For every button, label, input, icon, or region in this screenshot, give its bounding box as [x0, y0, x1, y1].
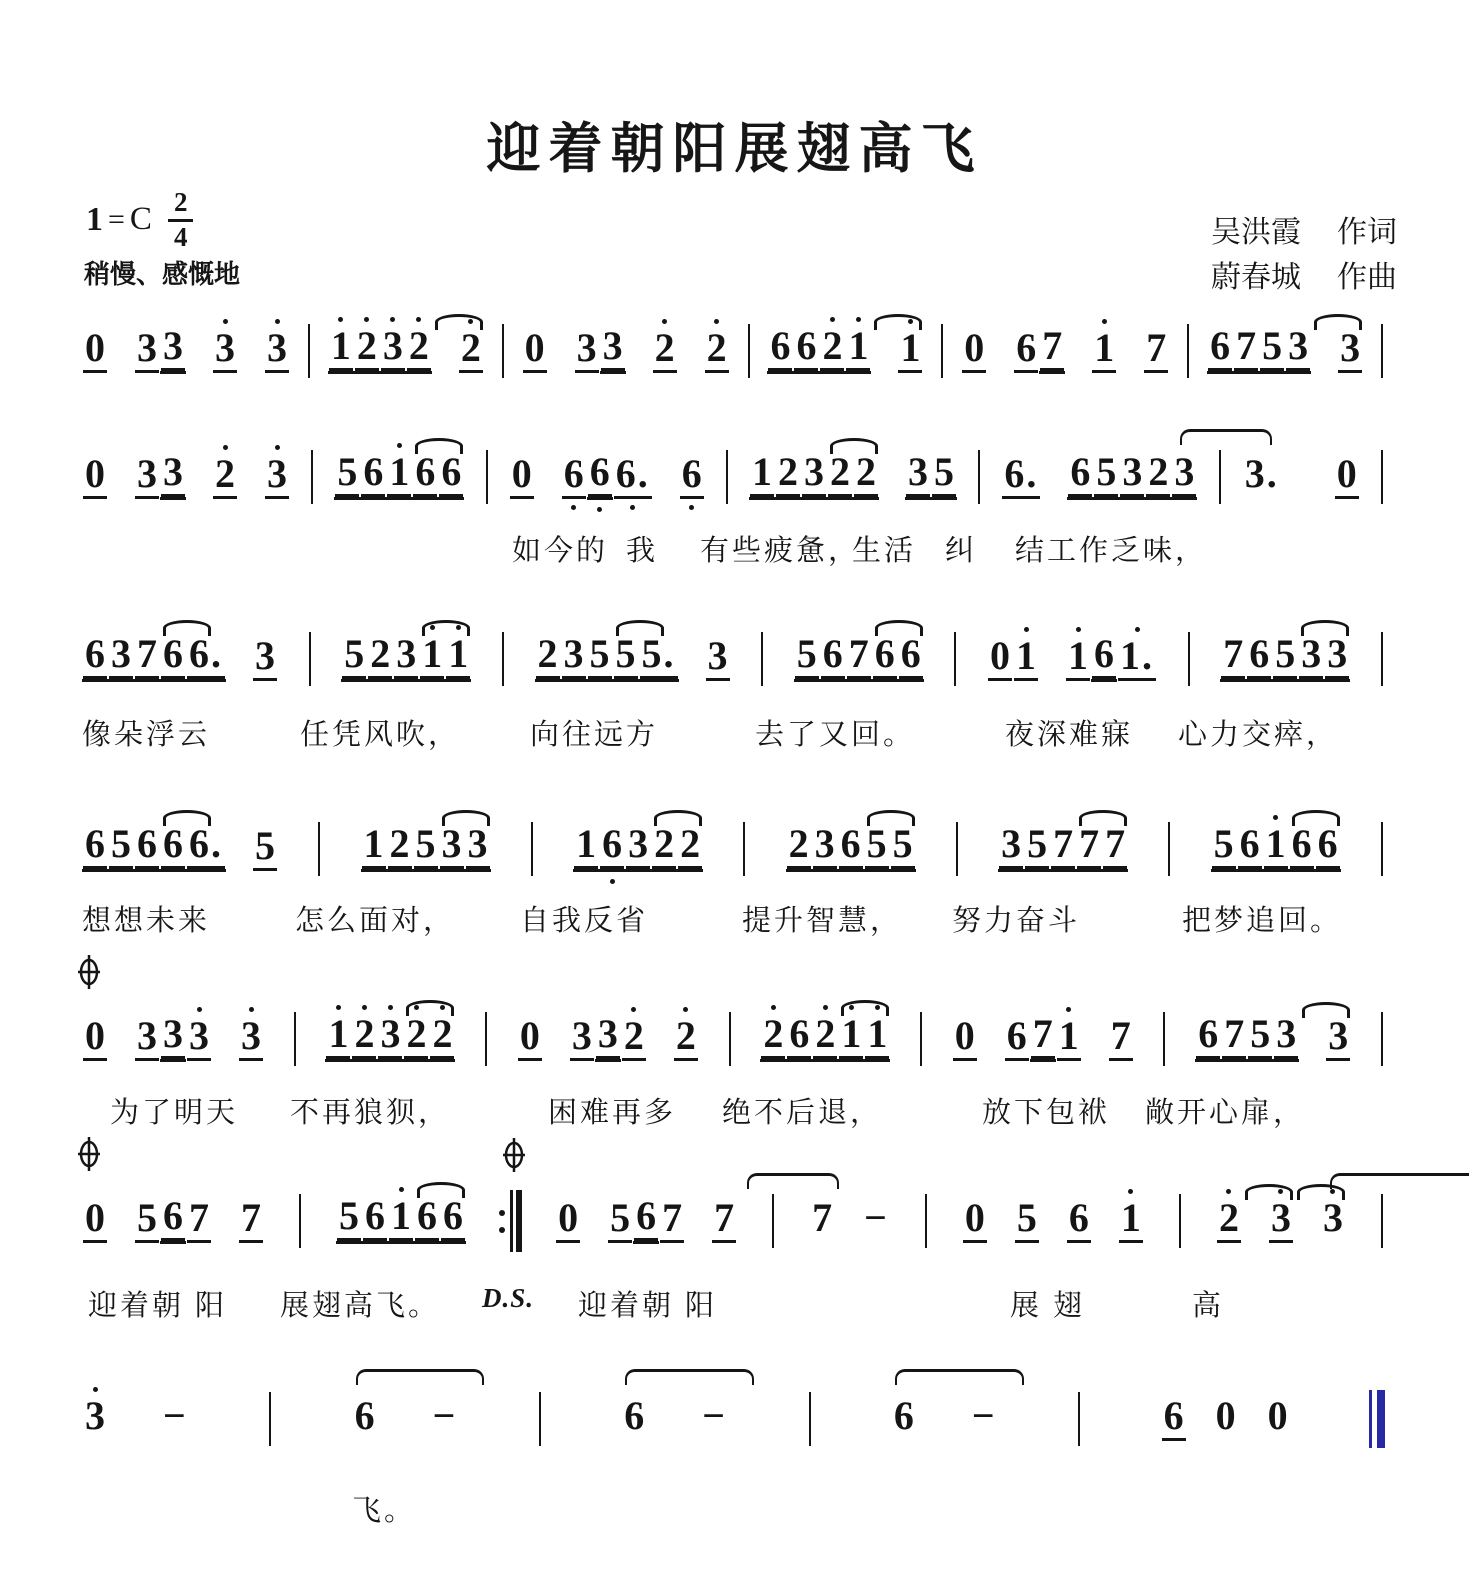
music-line: 033331232203322662110671767533 [82, 312, 1385, 390]
lyric-text: 向往远方 [530, 712, 658, 753]
note: 6 [1247, 623, 1271, 696]
note-space [548, 351, 574, 352]
note-digit: 2 [536, 632, 560, 679]
octave-dot-low [389, 1249, 413, 1258]
augmentation-dot: . [662, 632, 676, 676]
octave-dot [275, 445, 280, 450]
note-digit: 1 [326, 1012, 350, 1059]
octave-dot-low [1217, 1247, 1241, 1256]
octave-dot-low [135, 877, 159, 886]
note: 5 [1025, 813, 1049, 886]
octave-dot [336, 1005, 341, 1010]
note-digit: 3 [802, 450, 826, 497]
octave-dot-low [265, 503, 289, 512]
note: 0 [962, 317, 986, 386]
note-space [1282, 477, 1308, 478]
tie-arc [625, 1369, 754, 1385]
barline [1078, 1392, 1080, 1446]
note-digit: 3 [135, 1014, 159, 1061]
octave-dot-low [588, 687, 612, 696]
note: 2 [1146, 441, 1170, 514]
measure: 12533 [361, 813, 491, 886]
octave-dot-low [446, 687, 470, 696]
note-digit: 2 [761, 1012, 785, 1059]
note: 1 [1014, 625, 1038, 694]
octave-dot-low [1243, 503, 1281, 512]
note: 5 [891, 813, 915, 886]
note-digit: 3 [999, 822, 1023, 869]
note-digit: 1 [446, 632, 470, 679]
note-digit: 6 [83, 632, 107, 679]
lyrics-row: 飞。 [0, 1488, 1469, 1530]
note-digit: 6 [1196, 1012, 1220, 1059]
note: 1 [446, 623, 470, 696]
note-digit: 3 [1172, 450, 1196, 497]
note: 6. [1002, 443, 1040, 512]
note: 0 [518, 1005, 542, 1074]
octave-dot-low [1290, 877, 1314, 886]
note-digit: 1 [420, 632, 444, 679]
octave-dot-low [83, 503, 107, 512]
octave-dot-low [135, 1247, 159, 1256]
lyric-text: 展 翅 [1010, 1283, 1085, 1324]
note-space [378, 1419, 404, 1420]
note-digit: 6 [83, 822, 107, 869]
note-space [134, 1419, 160, 1420]
measure: 0666.6 [509, 441, 705, 514]
note: 6 [353, 1385, 377, 1454]
time-signature: 2 4 [168, 188, 194, 251]
note-digit: 3 [213, 326, 237, 373]
octave-dot-low [523, 377, 547, 386]
note-digit: 3 [596, 1012, 620, 1059]
octave-dot-low [1162, 1445, 1186, 1454]
measure: 233 [1216, 1187, 1346, 1256]
octave-dot-low [1144, 377, 1168, 386]
barline [269, 1392, 271, 1446]
octave-dot-low [213, 377, 237, 386]
note-digit: 2 [459, 326, 483, 373]
octave-dot [416, 317, 421, 322]
note-digit: 2 [355, 324, 379, 371]
note: 6 [363, 1185, 387, 1258]
note-digit: 2 [652, 822, 676, 869]
octave-dot-low [622, 1065, 646, 1074]
lyrics-row: 像朵浮云任凭风吹，向往远方去了又回。夜深难寐心力交瘁， [0, 712, 1469, 754]
slur-arc [830, 438, 878, 454]
note-digit: 6 [899, 632, 923, 679]
barline [502, 632, 504, 686]
barline [1188, 632, 1190, 686]
note: 6 [1067, 1187, 1091, 1256]
octave-dot-low [1321, 1247, 1345, 1256]
note-digit: 3 [265, 452, 289, 499]
octave-dot-low [1077, 877, 1101, 886]
slur-arc [616, 620, 664, 636]
note: 3 [161, 1003, 185, 1076]
note: − [970, 1385, 997, 1454]
octave-dot-low [953, 1065, 977, 1074]
note-digit: 1 [362, 822, 386, 869]
lyric-text: 放下包袱 [982, 1090, 1110, 1131]
note: 3 [239, 1005, 263, 1074]
octave-dot-low [846, 379, 870, 388]
note-space [432, 351, 458, 352]
measure: 06717 [961, 315, 1169, 388]
note: 1 [1092, 317, 1116, 386]
octave-dot-low [337, 1249, 361, 1258]
note-digit: 5 [932, 450, 956, 497]
octave-dot [338, 317, 343, 322]
note: 1 [1119, 1187, 1143, 1256]
tie-arc [356, 1369, 485, 1385]
note-digit: 6 [892, 1394, 916, 1441]
note-digit: 1 [865, 1012, 889, 1059]
note: 7 [810, 1187, 834, 1256]
note-digit: 7 [1221, 632, 1245, 679]
note-space [1294, 1221, 1320, 1222]
octave-dot-low [329, 379, 353, 388]
octave-dot-low [1040, 379, 1064, 388]
octave-dot-low [1247, 687, 1271, 696]
measure: 3− [82, 1385, 189, 1454]
measure: 65666.5 [82, 813, 278, 886]
lyric-text: 纠 [945, 528, 977, 569]
note-digit: 5 [1212, 822, 1236, 869]
note: 3 [135, 443, 159, 512]
note: 2 [776, 441, 800, 514]
note-digit: 0 [510, 452, 534, 499]
note: 3 [1120, 441, 1144, 514]
octave-dot-low [420, 687, 444, 696]
octave-dot-low [1014, 377, 1038, 386]
octave-dot-low [265, 377, 289, 386]
note: 5 [337, 1185, 361, 1258]
note: 7 [1144, 317, 1168, 386]
octave-dot-low [83, 1445, 107, 1454]
measure: 06717 [952, 1003, 1134, 1076]
octave-dot-low [562, 503, 586, 512]
barline [309, 632, 311, 686]
note-digit: 6 [439, 450, 463, 497]
note-digit: 3 [906, 450, 930, 497]
note-space [673, 1419, 699, 1420]
note-digit: 3 [161, 324, 185, 371]
note-space [212, 1039, 238, 1040]
octave-dot-low [459, 377, 483, 386]
note-digit: 2 [368, 632, 392, 679]
note-digit: 6 [353, 1394, 377, 1441]
note-digit: 3 [83, 1394, 107, 1441]
coda-sign-icon [76, 954, 102, 995]
octave-dot-low [821, 687, 845, 696]
octave-dot-low [839, 1067, 863, 1076]
note: 0 [1214, 1385, 1238, 1454]
lyric-text: 结工作乏味， [1015, 528, 1207, 569]
octave-dot-low [1067, 1247, 1091, 1256]
octave-dot-low [83, 687, 107, 696]
octave-dot-low [352, 1067, 376, 1076]
note: 3 [1338, 317, 1362, 386]
octave-dot-low [600, 877, 624, 886]
note: 3 [265, 317, 289, 386]
note-digit: 6 [1238, 822, 1262, 869]
octave-dot-low [440, 877, 464, 886]
octave-dot-low [1325, 687, 1349, 696]
lyricist-credit: 吴洪霞 作词 [1211, 210, 1397, 255]
octave-dot-low [1094, 505, 1118, 514]
lyrics-row: 想想未来怎么面对，自我反省提升智慧，努力奋斗把梦追回。 [0, 898, 1469, 940]
barline [920, 1012, 922, 1066]
note: − [161, 1385, 188, 1454]
note-digit: 3 [466, 822, 490, 869]
note-digit: 2 [388, 822, 412, 869]
note-digit: 7 [847, 632, 871, 679]
note: 2 [1217, 1187, 1241, 1256]
octave-dot-low [1274, 1067, 1298, 1076]
note-space [1311, 351, 1337, 352]
octave-dot-low [962, 377, 986, 386]
octave-dot [1066, 1007, 1071, 1012]
measure: 56166 [1211, 813, 1341, 886]
note: 6. [187, 623, 225, 696]
note-digit: 6 [135, 822, 159, 869]
octave-dot-low [1338, 377, 1362, 386]
note-digit: 3 [1274, 1012, 1298, 1059]
note-digit: 2 [678, 822, 702, 869]
note-digit: 5 [588, 632, 612, 679]
octave-dot [1024, 627, 1029, 632]
note-digit: 7 [1040, 324, 1064, 371]
note-digit: − [700, 1394, 727, 1441]
octave-dot-low [1025, 877, 1049, 886]
note-digit: 1 [574, 822, 598, 869]
note-digit: 6. [187, 632, 225, 679]
note: 0 [1335, 443, 1359, 512]
octave-dot-low [109, 687, 133, 696]
measure: 03323 [82, 441, 290, 514]
repeat-barline [499, 1189, 522, 1253]
octave-dot-low [466, 877, 490, 886]
note: 3 [213, 317, 237, 386]
note-digit: 3 [381, 324, 405, 371]
lyric-text: 飞。 [352, 1488, 416, 1529]
note-digit: 6 [600, 822, 624, 869]
coda-sign-icon [76, 1136, 102, 1177]
octave-dot-low [810, 1247, 834, 1256]
note: 1 [846, 315, 870, 388]
octave-dot-low [1068, 505, 1092, 514]
note-digit: 6 [1208, 324, 1232, 371]
note: 3 [466, 813, 490, 886]
note-digit: 2 [776, 450, 800, 497]
octave-dot-low [135, 687, 159, 696]
note: 6 [1238, 813, 1262, 886]
music-line: 0567756166056777−0561233 [82, 1182, 1385, 1260]
note-digit: 3 [1325, 632, 1349, 679]
note-digit: 5 [135, 1196, 159, 1243]
note-digit: 3 [253, 634, 277, 681]
octave-dot-low [239, 1065, 263, 1074]
octave-dot [683, 1007, 688, 1012]
note-digit: 3 [265, 326, 289, 373]
note: 2 [787, 813, 811, 886]
note-digit: 7 [1031, 1012, 1055, 1059]
note-space [835, 1221, 861, 1222]
octave-dot-low [706, 685, 730, 694]
note: 5 [1273, 623, 1297, 696]
measure: 7− [809, 1187, 890, 1256]
barline [761, 632, 763, 686]
barline [1187, 324, 1189, 378]
note-digit: 5 [109, 822, 133, 869]
lyric-text: 像朵浮云 [82, 712, 210, 753]
octave-dot-low [932, 505, 956, 514]
octave-dot-low [1260, 379, 1284, 388]
barline [486, 450, 488, 504]
augmentation-dot: . [1140, 634, 1154, 678]
octave-dot-low [404, 1067, 428, 1076]
note: 7 [1222, 1003, 1246, 1076]
octave-dot-low [862, 1247, 889, 1256]
note-digit: 1 [1014, 634, 1038, 681]
measure: 63766.3 [82, 623, 278, 696]
note-digit: 2 [813, 1012, 837, 1059]
note-space [626, 351, 652, 352]
note: 3 [999, 813, 1023, 886]
song-title: 迎着朝阳展翅高飞 [0, 106, 1469, 183]
note-digit: 3 [135, 452, 159, 499]
note: 0 [83, 1005, 107, 1074]
note: 2 [459, 317, 483, 386]
note-space [1308, 477, 1334, 478]
octave-dot-low [963, 1247, 987, 1256]
barline [485, 1012, 487, 1066]
note-space [543, 1039, 569, 1040]
measure: 23655 [786, 813, 916, 886]
octave-dot-low [394, 687, 418, 696]
slur-arc [1302, 1002, 1350, 1018]
octave-dot-low [999, 877, 1023, 886]
note-space [226, 659, 252, 660]
measure: 66211 [767, 315, 923, 388]
note: 5 [932, 441, 956, 514]
note-space [238, 477, 264, 478]
note-digit: 7 [1222, 1012, 1246, 1059]
octave-dot-low [1208, 379, 1232, 388]
lyric-text: 生活 [852, 528, 916, 569]
note: 0 [83, 1187, 107, 1256]
note-space [212, 1221, 238, 1222]
note-space [535, 477, 561, 478]
measure: 16322 [573, 813, 703, 886]
slur-arc [654, 810, 702, 826]
note-digit: 3 [1326, 1014, 1350, 1061]
note: 3 [135, 317, 159, 386]
note: 6 [821, 623, 845, 696]
note-space [1039, 659, 1065, 660]
augmentation-dot: . [636, 452, 650, 496]
slur-arc [163, 620, 211, 636]
octave-dot [1226, 1189, 1231, 1194]
note-digit: 2 [1217, 1196, 1241, 1243]
lyric-text: 敞开心扉， [1145, 1090, 1305, 1131]
barline [748, 324, 750, 378]
octave-dot-low [575, 377, 599, 386]
repeat-dots [499, 1210, 505, 1233]
octave-dot-low [83, 377, 107, 386]
octave-dot-low [1066, 685, 1090, 694]
octave-dot [93, 1387, 98, 1392]
note-digit: 3 [394, 632, 418, 679]
note-digit: 6 [634, 1194, 658, 1241]
note: 6 [839, 813, 863, 886]
octave-dot [364, 317, 369, 322]
octave-dot-low [1316, 877, 1340, 886]
octave-dot-low [1146, 505, 1170, 514]
octave-dot-low [187, 687, 225, 696]
lyric-text: 提升智慧， [742, 898, 902, 939]
octave-dot-low [1264, 877, 1288, 886]
note-digit: − [431, 1394, 458, 1441]
note-digit: 3. [1243, 452, 1281, 499]
barline [1381, 450, 1383, 504]
octave-dot-low [441, 1249, 465, 1258]
note: 5 [1094, 441, 1118, 514]
slur-arc [163, 810, 211, 826]
lyrics-row: 迎着朝 阳展翅高飞。D.S.迎着朝 阳展 翅高 [0, 1283, 1469, 1325]
note-digit: 6 [413, 450, 437, 497]
octave-dot-low [187, 877, 225, 886]
octave-dot [662, 319, 667, 324]
note-digit: 1 [1057, 1014, 1081, 1061]
note-digit: 5 [1015, 1196, 1039, 1243]
octave-dot-low [355, 379, 379, 388]
barline [941, 324, 943, 378]
note-digit: 3 [575, 326, 599, 373]
note: 6 [1208, 315, 1232, 388]
octave-dot-low [839, 877, 863, 886]
note-digit: 2 [407, 324, 431, 371]
note-digit: 5 [253, 824, 277, 871]
note-digit: 0 [518, 1014, 542, 1061]
note-digit: 0 [963, 1196, 987, 1243]
slur-arc [1245, 1184, 1293, 1200]
note-space [108, 1039, 134, 1040]
octave-dot-low [795, 687, 819, 696]
note-digit: 3 [813, 822, 837, 869]
note: 6 [588, 441, 612, 514]
note: 6 [634, 1185, 658, 1258]
note: 3 [813, 813, 837, 886]
note-space [1041, 477, 1067, 478]
note-digit: 1 [387, 450, 411, 497]
measure: 05677 [555, 1185, 737, 1258]
note: 1 [898, 317, 922, 386]
note-digit: 3 [135, 326, 159, 373]
barline [1381, 1012, 1383, 1066]
barline [531, 822, 533, 876]
note: 6. [614, 443, 652, 512]
octave-dot-low [865, 877, 889, 886]
slur-arc [415, 438, 463, 454]
sheet-music-page: 迎着朝阳展翅高飞 1 = C 2 4 稍慢、感慨地 吴洪霞 作词 蔚春城 作曲 … [0, 0, 1469, 1571]
note-digit: 3 [601, 324, 625, 371]
note-digit: 6 [588, 450, 612, 497]
note-space [1239, 1419, 1265, 1420]
measure: 03322 [517, 1003, 699, 1076]
note-space [186, 477, 212, 478]
